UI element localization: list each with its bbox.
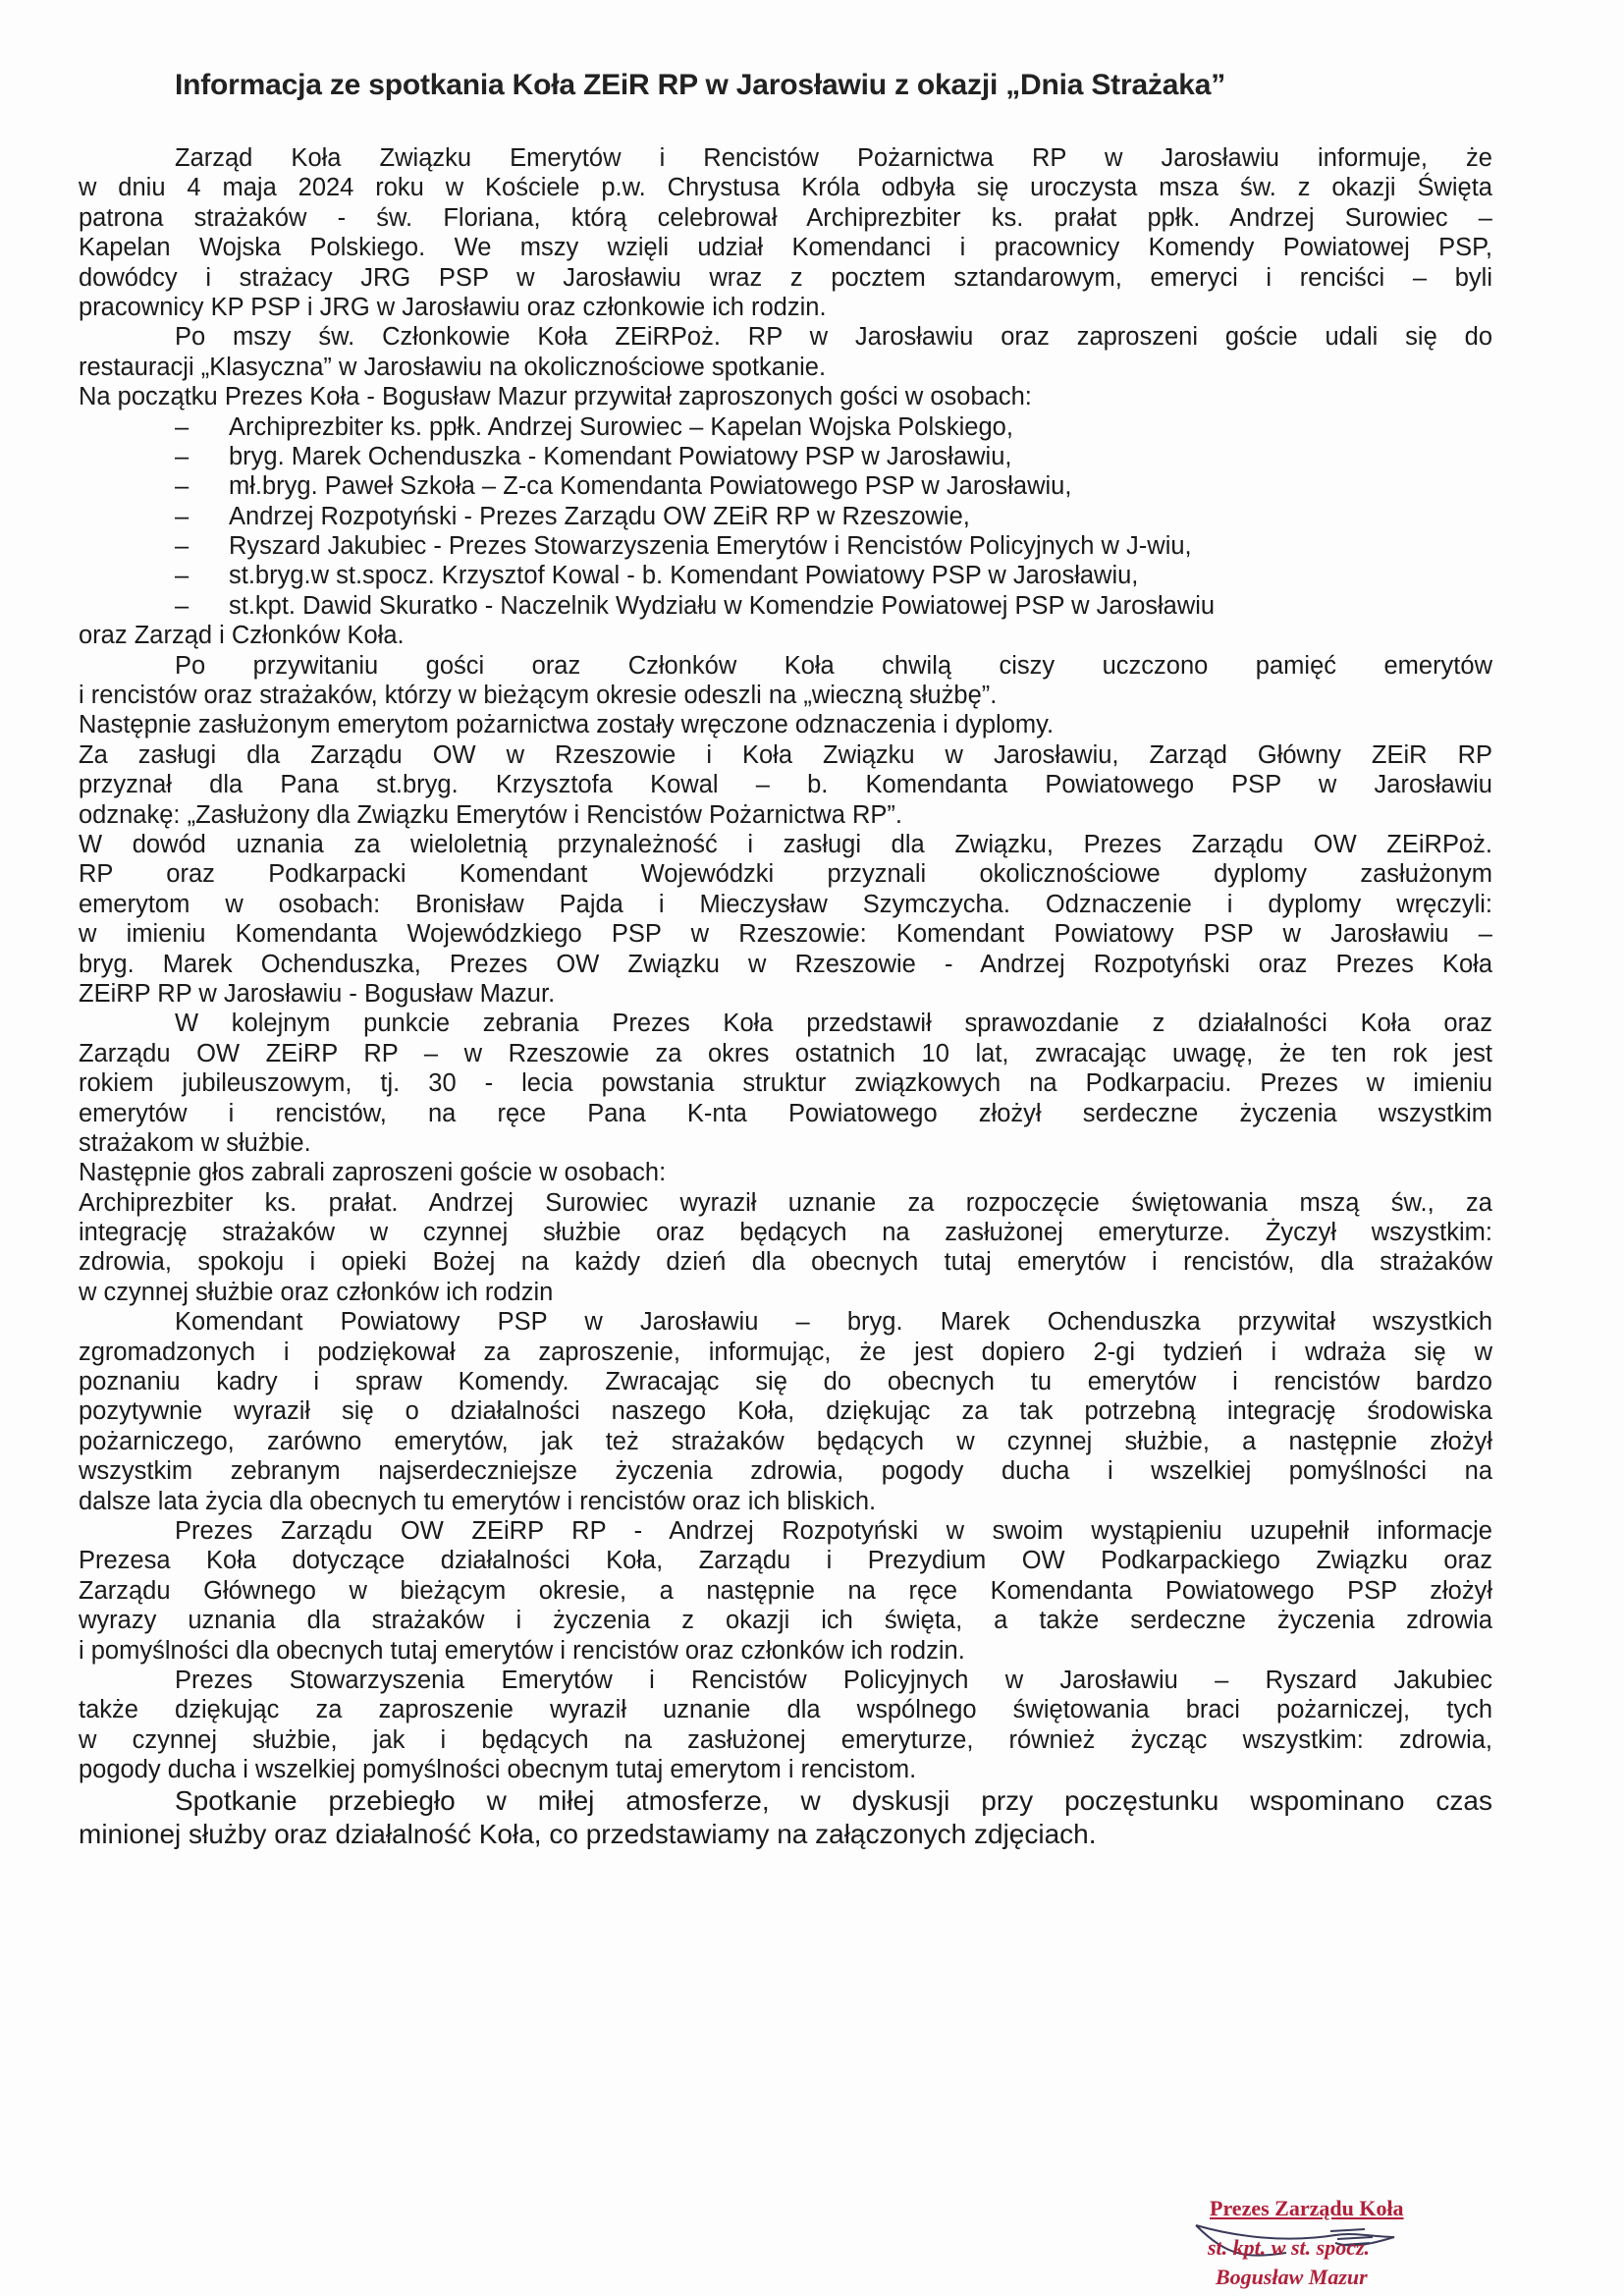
text-line: pozytywnie wyraził się o działalności na… — [79, 1396, 1492, 1426]
text-line: patrona strażaków - św. Floriana, którą … — [79, 203, 1492, 233]
text-line: Następnie zasłużonym emerytom pożarnictw… — [79, 710, 1492, 739]
text-line: Kapelan Wojska Polskiego. We mszy wzięli… — [79, 233, 1492, 262]
text-line: dalsze lata życia dla obecnych tu emeryt… — [79, 1487, 1492, 1516]
signature-name: Bogusław Mazur — [1216, 2265, 1368, 2290]
list-dash-icon: – — [175, 502, 189, 531]
text-line: w czynnej służbie oraz członków ich rodz… — [79, 1278, 1492, 1307]
text-line: Prezesa Koła dotyczące działalności Koła… — [79, 1546, 1492, 1575]
text-line: Prezes Stowarzyszenia Emerytów i Rencist… — [79, 1666, 1492, 1695]
text-line: zgromadzonych i podziękował za zaproszen… — [79, 1338, 1492, 1367]
guest-name: st.bryg.w st.spocz. Krzysztof Kowal - b.… — [229, 561, 1138, 590]
text-line: strażakom w służbie. — [79, 1128, 1492, 1158]
text-line: minionej służby oraz działalność Koła, c… — [79, 1818, 1492, 1851]
text-line: rokiem jubileuszowym, tj. 30 - lecia pow… — [79, 1068, 1492, 1098]
text-line: W kolejnym punkcie zebrania Prezes Koła … — [79, 1009, 1492, 1038]
text-line: restauracji „Klasyczna” w Jarosławiu na … — [79, 353, 1492, 382]
list-dash-icon: – — [175, 591, 189, 621]
text-line: RP oraz Podkarpacki Komendant Wojewódzki… — [79, 859, 1492, 889]
text-line: wyrazy uznania dla strażaków i życzenia … — [79, 1606, 1492, 1635]
text-line: Na początku Prezes Koła - Bogusław Mazur… — [79, 382, 1492, 411]
text-line: Po przywitaniu gości oraz Członków Koła … — [79, 651, 1492, 681]
guest-list-item: –mł.bryg. Paweł Szkoła – Z-ca Komendanta… — [79, 471, 1492, 501]
text-line: Za zasługi dla Zarządu OW w Rzeszowie i … — [79, 740, 1492, 770]
list-dash-icon: – — [175, 412, 189, 442]
list-dash-icon: – — [175, 471, 189, 501]
text-line: Prezes Zarządu OW ZEiRP RP - Andrzej Roz… — [79, 1516, 1492, 1546]
text-line: bryg. Marek Ochenduszka, Prezes OW Związ… — [79, 950, 1492, 979]
text-line: Archiprezbiter ks. prałat. Andrzej Surow… — [79, 1188, 1492, 1218]
text-line: Zarządu OW ZEiRP RP – w Rzeszowie za okr… — [79, 1039, 1492, 1068]
text-line: Następnie głos zabrali zaproszeni goście… — [79, 1158, 1492, 1187]
guest-name: Archiprezbiter ks. ppłk. Andrzej Surowie… — [229, 412, 1013, 442]
closing-paragraph: Spotkanie przebiegło w miłej atmosferze,… — [79, 1784, 1492, 1851]
document-page: Informacja ze spotkania Koła ZEiR RP w J… — [0, 0, 1624, 2296]
text-line: Po mszy św. Członkowie Koła ZEiRPoż. RP … — [79, 322, 1492, 352]
guest-list-item: –st.kpt. Dawid Skuratko - Naczelnik Wydz… — [79, 591, 1492, 621]
text-line: emerytom w osobach: Bronisław Pajda i Mi… — [79, 890, 1492, 919]
text-line: integrację strażaków w czynnej służbie o… — [79, 1218, 1492, 1247]
text-line: odznakę: „Zasłużony dla Związku Emerytów… — [79, 800, 1492, 830]
text-line: ZEiRP RP w Jarosławiu - Bogusław Mazur. — [79, 979, 1492, 1009]
guest-list-item: –st.bryg.w st.spocz. Krzysztof Kowal - b… — [79, 561, 1492, 590]
guest-name: Ryszard Jakubiec - Prezes Stowarzyszenia… — [229, 531, 1192, 561]
text-line: w czynnej służbie, jak i będących na zas… — [79, 1725, 1492, 1755]
text-line: Komendant Powiatowy PSP w Jarosławiu – b… — [79, 1307, 1492, 1337]
text-line: pożarniczego, zarówno emerytów, jak też … — [79, 1427, 1492, 1456]
guest-name: mł.bryg. Paweł Szkoła – Z-ca Komendanta … — [229, 471, 1071, 501]
text-line: emerytów i rencistów, na ręce Pana K-nta… — [79, 1099, 1492, 1128]
text-line: i pomyślności dla obecnych tutaj emerytó… — [79, 1636, 1492, 1666]
text-line: przyznał dla Pana st.bryg. Krzysztofa Ko… — [79, 770, 1492, 799]
text-line: pogody ducha i wszelkiej pomyślności obe… — [79, 1755, 1492, 1784]
document-body: Zarząd Koła Związku Emerytów i Rencistów… — [79, 143, 1492, 1851]
signature-rank: st. kpt. w st. spocz. — [1208, 2235, 1370, 2261]
text-line: wszystkim zebranym najserdeczniejsze życ… — [79, 1456, 1492, 1486]
text-line: zdrowia, spokoju i opieki Bożej na każdy… — [79, 1247, 1492, 1277]
text-line: Spotkanie przebiegło w miłej atmosferze,… — [79, 1784, 1492, 1818]
text-line: W dowód uznania za wieloletnią przynależ… — [79, 830, 1492, 859]
text-line: w dniu 4 maja 2024 roku w Kościele p.w. … — [79, 173, 1492, 202]
list-dash-icon: – — [175, 531, 189, 561]
text-line: poznaniu kadry i spraw Komendy. Zwracają… — [79, 1367, 1492, 1396]
document-title: Informacja ze spotkania Koła ZEiR RP w J… — [175, 69, 1530, 102]
text-line: Zarząd Koła Związku Emerytów i Rencistów… — [79, 143, 1492, 173]
list-dash-icon: – — [175, 442, 189, 471]
text-line: pracownicy KP PSP i JRG w Jarosławiu ora… — [79, 293, 1492, 322]
text-line: oraz Zarząd i Członków Koła. — [79, 621, 1492, 650]
guest-list-item: –Andrzej Rozpotyński - Prezes Zarządu OW… — [79, 502, 1492, 531]
guest-name: Andrzej Rozpotyński - Prezes Zarządu OW … — [229, 502, 970, 531]
guest-list-item: –bryg. Marek Ochenduszka - Komendant Pow… — [79, 442, 1492, 471]
text-line: także dziękując za zaproszenie wyraził u… — [79, 1695, 1492, 1724]
signature-stamp: Prezes Zarządu Koła st. kpt. w st. spocz… — [1129, 2188, 1453, 2296]
text-line: w imieniu Komendanta Wojewódzkiego PSP w… — [79, 919, 1492, 949]
guest-list-item: –Archiprezbiter ks. ppłk. Andrzej Surowi… — [79, 412, 1492, 442]
guest-name: st.kpt. Dawid Skuratko - Naczelnik Wydzi… — [229, 591, 1215, 621]
list-dash-icon: – — [175, 561, 189, 590]
text-line: Zarządu Głównego w bieżącym okresie, a n… — [79, 1576, 1492, 1606]
text-line: dowódcy i strażacy JRG PSP w Jarosławiu … — [79, 263, 1492, 293]
guest-name: bryg. Marek Ochenduszka - Komendant Powi… — [229, 442, 1011, 471]
guest-list-item: –Ryszard Jakubiec - Prezes Stowarzyszeni… — [79, 531, 1492, 561]
text-line: i rencistów oraz strażaków, którzy w bie… — [79, 681, 1492, 710]
